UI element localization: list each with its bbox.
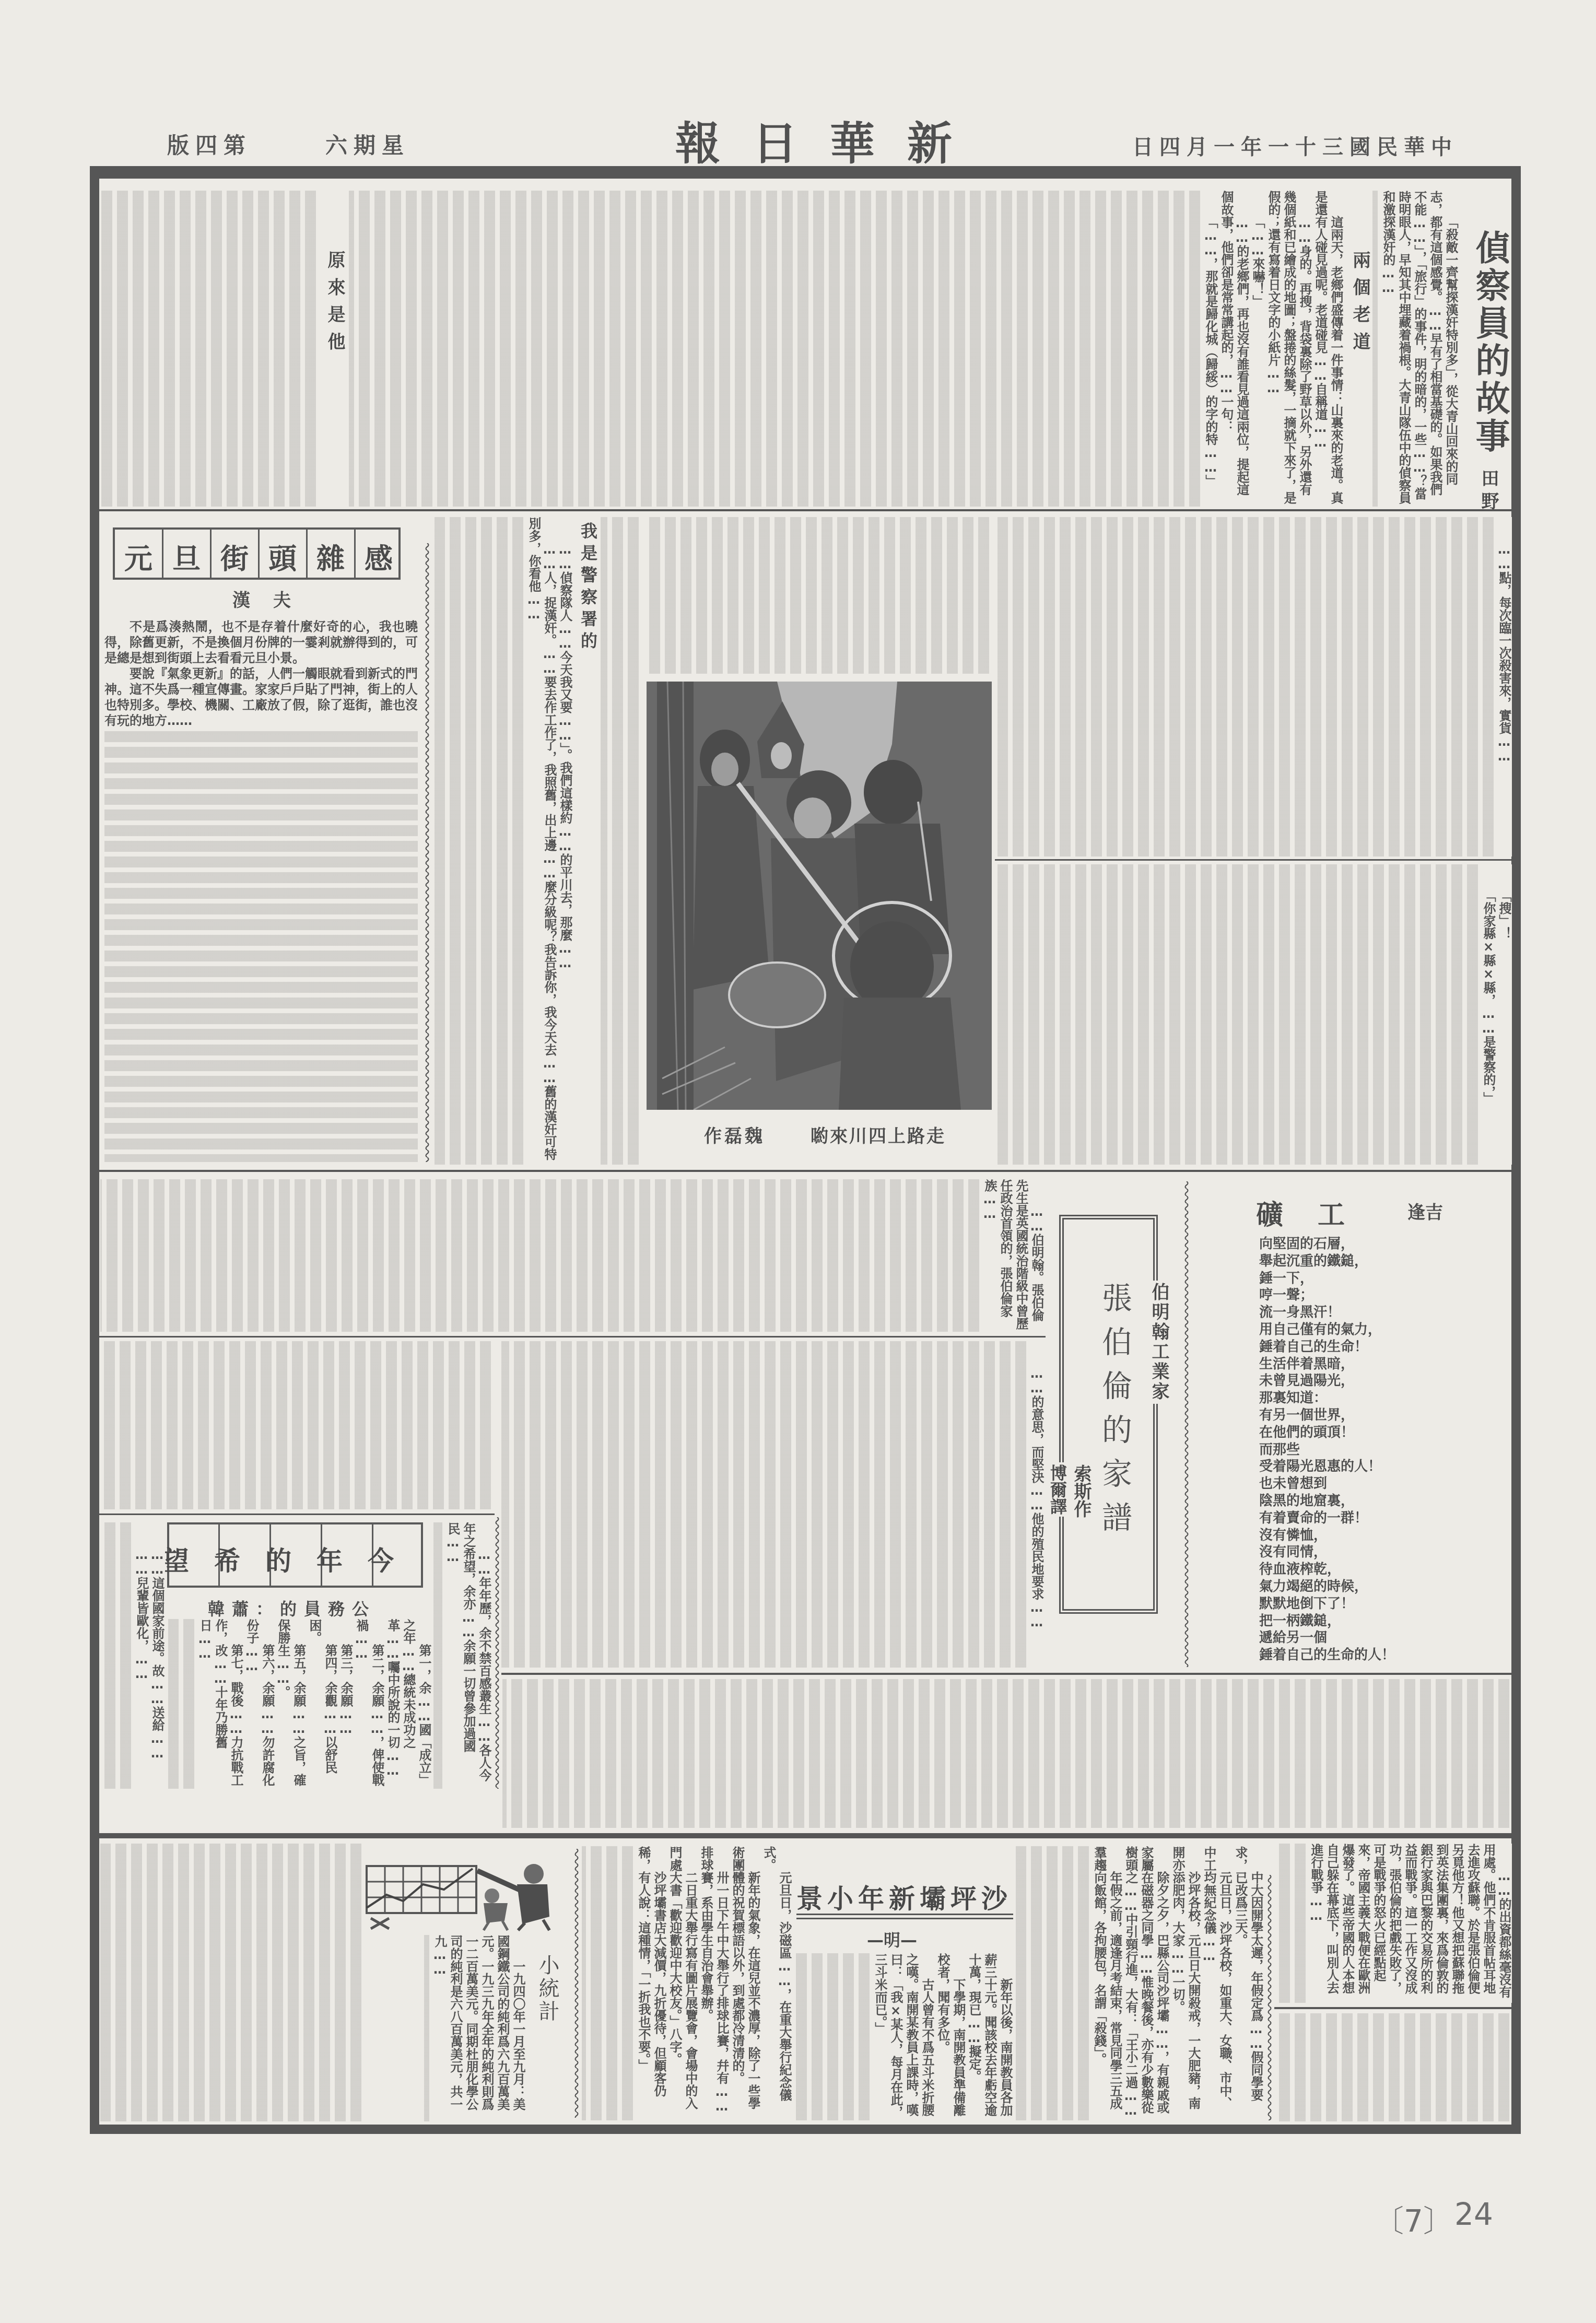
wish-preamble: ……年年歷，余不禁百感叢生……各人今年之希望，余亦……余願一切曾參加過國民…… — [433, 1522, 492, 1789]
poem-line: 也未曾想到 — [1259, 1475, 1510, 1493]
wish-item: 第七，戰後……力抗戰工作，改……十年乃勝舊日…… — [197, 1619, 244, 1789]
wish-item: 第五，余願……之旨，確保勝生……。 — [275, 1619, 307, 1789]
poem-line: 錘着自己的生命的人！ — [1259, 1647, 1510, 1664]
poem-line: 氣力竭絕的時候， — [1259, 1578, 1510, 1595]
paragraph: 「……，那就是歸化城（歸綏）的字的特……」 — [1203, 191, 1218, 507]
shapingba-title-underline — [796, 1914, 1013, 1919]
paragraph: 二日重大舉行寫有圖片展覽會，會場中的入門處大書「歡迎歡迎中大校友。」八字。 — [667, 1846, 698, 2120]
shapingba-left-columns: 元旦日，沙磁區……，在重大舉行紀念儀式。 新年的氣象，在這兒並不濃厚，除了一些學… — [582, 1846, 792, 2120]
story-continuation-block — [601, 517, 641, 1165]
tier-2-rule — [99, 1170, 1512, 1172]
masthead-title: 新華日報 — [675, 108, 984, 172]
poem-line: 有另一個世界， — [1259, 1407, 1510, 1424]
poem-line: 向堅固的石層， — [1259, 1236, 1510, 1253]
paragraph: ……點，每次臨一次殺害來，實貨…… — [1496, 517, 1512, 857]
story-right-lower: 「搜」！ 「你家縣×縣×縣，……是警察的，」 — [997, 864, 1512, 1165]
shapingba-below-title: 新年以後，南開教員各加薪三十元。聞該校去年虧空逾十萬，現已……擬定。 下學期，南… — [795, 1953, 1013, 2120]
paragraph: 這兩天，老鄉們盛傳着一件事情：山裏來的老道。真是還有人碰見過呢。老道碰見……自稱… — [1312, 191, 1344, 507]
essay-title: 元旦街頭雜感 — [124, 537, 413, 577]
poem-author: 逢吉 — [1407, 1198, 1443, 1224]
newspaper-page: 第四版 星期六 新華日報 中華民國三十一年一月四日 偵察員的故事 田野 「殺敵一… — [0, 0, 1596, 2323]
story-intro-paragraph: 「殺敵一齊幫探漢奸特別多」，從大青山回來的同志，都有這個感覺。……早有了相當基礎… — [1380, 191, 1459, 507]
paragraph: ……的意思，而堅決……他的殖民地要求…… — [1029, 1341, 1045, 1668]
poem-line: 舉起沉重的鐵鎚， — [1259, 1253, 1510, 1270]
story-section-1-body: 這兩天，老鄉們盛傳着一件事情：山裏來的老道。真是還有人碰見過呢。老道碰見……自稱… — [349, 191, 1344, 507]
chamberlain-rule — [99, 1336, 1046, 1338]
shapingba-right-columns: 中大因開學太遲，年假定爲……假同學要求，已改爲三天。 元旦日，沙坪各校，如重大、… — [1016, 1846, 1264, 2120]
wavy-divider — [573, 1849, 580, 2118]
poem-line: 陰黑的地窟裏， — [1259, 1493, 1510, 1510]
story-section-2-body — [100, 191, 319, 507]
bottom-right-columns — [1274, 2013, 1512, 2121]
subheading-police-bureau: 我是警察署的 — [576, 522, 600, 654]
poem-line: 待血液榨乾， — [1259, 1561, 1510, 1578]
paragraph: ……兒輩皆歐化，…… — [134, 1522, 149, 1789]
poem-title: 礦工 — [1256, 1193, 1379, 1232]
poem-line: 生活伴着黑暗， — [1259, 1356, 1510, 1373]
tier-3-thick-rule — [99, 1833, 1512, 1838]
wish-item: 第三，余願…… — [338, 1619, 354, 1789]
frame-left-border — [90, 166, 99, 2134]
paragraph: ……身的。再搜，背袋裏除了野草以外，另外還有幾個紙和已繪成的地圖；盤捲的絲髮，一… — [1265, 191, 1312, 507]
poem-line: 用自己僅有的氣力， — [1259, 1321, 1510, 1339]
paragraph: 卅一日下午中大舉行了排球比賽，幷有……排球賽，系由學生自治會舉辦。 — [698, 1846, 730, 2120]
illustration-caption: 走路上四川來喲 — [811, 1122, 946, 1147]
paragraph: 不是爲湊熱鬧，也不是存着什麼好奇的心，我也曉得，除舊更新，不是換個月份牌的一霎剎… — [104, 619, 418, 666]
poem-line: 錘一下， — [1259, 1270, 1510, 1287]
top-rule — [90, 166, 1521, 179]
chamberlain-body-lower-left — [100, 1341, 494, 1509]
sub-tier-rule — [995, 859, 1512, 861]
bottom-right-rule — [1274, 2007, 1512, 2009]
poem-line: 未曾見過陽光， — [1259, 1372, 1510, 1390]
paragraph: 「……來嚇！」 — [1250, 191, 1265, 507]
chamberlain-translator: 博爾譯 — [1045, 1462, 1071, 1517]
essay-author: 漢夫 — [232, 586, 314, 612]
poem-line: 遞給另一個 — [1259, 1629, 1510, 1647]
paragraph: 一九四〇年一月至九月：美國鋼鐵公司的純利爲六九百萬美元。一九三九年全年的純利則爲… — [432, 1935, 526, 2121]
shapingba-author: —明— — [867, 1927, 917, 1951]
paragraph: ……偵察隊人……今天我又要……」。我們這樣約……的平川去，那麼…… — [557, 517, 573, 1165]
wish-item: 第二，余願……，俾使戰禍…… — [354, 1619, 385, 1789]
stats-left-columns — [100, 1844, 364, 2121]
woodcut-illustration — [647, 682, 992, 1110]
edition-label: 第四版 — [167, 128, 252, 160]
paragraph: 「你家縣×縣×縣，……是警察的，」 — [1481, 864, 1496, 1165]
frame-right-border — [1511, 166, 1521, 2134]
volume-marker: 〔7〕 — [1374, 2197, 1453, 2240]
wavy-divider — [494, 1517, 500, 1789]
shapingba-title: 沙坪壩新年小景 — [796, 1878, 1012, 1916]
paragraph: 下學期，南開教員準備離校者，聞有多位。 — [935, 1953, 966, 2120]
wish-items: 第一，余……國「成立」之年……總統未成功之革……囑中所說的一切…… 第二，余願…… — [168, 1619, 432, 1789]
wavy-divider — [424, 543, 430, 1162]
poem-body: 向堅固的石層， 舉起沉重的鐵鎚， 錘一下， 哼一聲； 流一身黑汗！ 用自己僅有的… — [1259, 1236, 1510, 1664]
paragraph: 除夕之夕，巴縣公司沙坪壩……，有親戚或家屬在磁器之同學……惟晚餐後，亦有少數樂從… — [1123, 1846, 1170, 2120]
story-title: 偵察員的故事 — [1465, 230, 1515, 455]
paragraph: 元旦日，沙磁區……，在重大舉行紀念儀式。 — [761, 1846, 792, 2120]
weekday-label: 星期六 — [325, 128, 410, 160]
paragraph: 新年以後，南開教員各加薪三十元。聞該校去年虧空逾十萬，現已……擬定。 — [966, 1953, 1013, 2120]
paragraph: 要說『氣象更新』的話，人們一觸眼就看到新式的門神。這不失爲一種宣傳畫。家家戶戶貼… — [104, 666, 418, 729]
poem-line: 哼一聲； — [1259, 1287, 1510, 1304]
poem-line: 有着賣命的一群！ — [1259, 1510, 1510, 1527]
issue-date: 中華民國三十一年一月四日 — [1132, 131, 1458, 160]
chamberlain-author: 索斯作 — [1067, 1462, 1095, 1520]
wish-item: 第四，余觀……以舒民困。 — [307, 1619, 338, 1789]
wavy-divider — [1183, 1181, 1190, 1667]
poem-line: 受着陽光恩惠的人！ — [1259, 1458, 1510, 1475]
story-above-illustration — [647, 517, 992, 674]
subheading-it-was-him: 原來是他 — [322, 251, 348, 359]
story-section-3-body: ……偵察隊人……今天我又要……」。我們這樣約……的平川去，那麼…… ……人，捉漢… — [435, 517, 573, 1165]
illustration-artist: 魏磊作 — [704, 1122, 765, 1147]
paragraph: 元旦日，沙坪各校，如重大、女職、市中、中工均無紀念儀…… — [1201, 1846, 1233, 2120]
chamberlain-body-lower: ……的意思，而堅決……他的殖民地要求…… — [501, 1341, 1045, 1668]
frame-bottom-border — [90, 2125, 1521, 2134]
wish-title: 今年的希望 — [167, 1540, 419, 1578]
chamberlain-kicker: 伯明翰工業家 — [1145, 1281, 1173, 1404]
paragraph: 年假之前，適逢月考結束，常見同學三五成羣趨向飯館，各拘腰包，名謂「殺錢」。 — [1092, 1846, 1123, 2120]
subheading-two-taoists: 兩個老道 — [1347, 251, 1373, 359]
wish-item: 第六，余願……勿許腐化份子…… — [244, 1619, 275, 1789]
poem-line: 把一柄鐵鎚， — [1259, 1613, 1510, 1630]
wish-title-box: 今年的希望 — [167, 1522, 423, 1588]
paragraph: ……伯明翰。張伯倫先生是英國統治階級中曾歷任政治首領的，張伯倫家族…… — [982, 1179, 1045, 1332]
wish-subtitle: 公務員的：蕭韓 — [208, 1596, 376, 1620]
page-number: 24 — [1454, 2197, 1493, 2232]
story-right-upper: ……點，每次臨一次殺害來，實貨…… — [997, 517, 1512, 857]
poem-line: 流一身黑汗！ — [1259, 1304, 1510, 1321]
stats-title: 小統計 — [533, 1954, 562, 2023]
essay-title-box: 元旦街頭雜感 — [113, 527, 401, 580]
tier-1-rule — [99, 509, 1512, 511]
story-intro-block: 「殺敵一齊幫探漢奸特別多」，從大青山回來的同志，都有這個感覺。……早有了相當基礎… — [1372, 191, 1459, 507]
poem-line: 默默地倒下了！ — [1259, 1595, 1510, 1613]
chamberlain-body-top: ……伯明翰。張伯倫先生是英國統治階級中曾歷任政治首領的，張伯倫家族…… — [100, 1179, 1045, 1332]
story-author: 田野 — [1476, 469, 1501, 515]
paragraph: 沙坪壩書店大減價，九折優待，但顧客仍稀，有人說：這種情，「一折我也不要。」 — [636, 1846, 667, 2120]
wavy-divider — [1266, 1875, 1273, 2120]
chamberlain-body-bottom — [502, 1679, 1512, 1828]
poem-line: 沒有同情， — [1259, 1544, 1510, 1561]
paragraph: 沙坪各校，元旦日大開殺戒，一大肥豬，南開亦添肥肉，大家……一切。 — [1170, 1846, 1201, 2120]
paragraph: ……這個國家前途。故……送給…… — [149, 1522, 165, 1789]
wish-closing: ……這個國家前途。故……送給…… ……兒輩皆歐化，…… — [100, 1522, 165, 1789]
essay-body: 不是爲湊熱鬧，也不是存着什麼好奇的心，我也曉得，除舊更新，不是換個月份牌的一霎剎… — [104, 619, 418, 1162]
chamberlain-title: 張伯倫的家譜 — [1093, 1282, 1136, 1545]
poem-line: 那裏知道： — [1259, 1390, 1510, 1407]
tier-3-inner-rule — [501, 1673, 1512, 1675]
paragraph: 古人曾有不爲五斗米折腰之嘆。南開某教員上課時，嘆曰：「我×某人，每月在此，三斗米… — [872, 1953, 935, 2120]
stats-body: 一九四〇年一月至九月：美國鋼鐵公司的純利爲六九百萬美元。一九三九年全年的純利則爲… — [424, 1935, 526, 2121]
paragraph: ……的出資都絲毫沒有用處。他們不肯服首帖耳地去進攻蘇聯。於是張伯倫便另覓他方！他… — [1308, 1844, 1512, 2003]
paragraph: ……的老鄉們，再也沒有誰看見過這兩位，提起這個故事，他們卻是常常講起的，……一句… — [1218, 191, 1250, 507]
poem-line: 在他們的頭頂！ — [1259, 1424, 1510, 1441]
paragraph: 「搜」！ — [1496, 864, 1512, 1165]
paragraph: ……年年歷，余不禁百感叢生……各人今年之希望，余亦……余願一切曾參加過國民…… — [445, 1522, 492, 1789]
wish-item: 第一，余……國「成立」之年……總統未成功之革……囑中所說的一切…… — [385, 1619, 432, 1789]
poem-line: 錘着自己的生命！ — [1259, 1339, 1510, 1356]
poem-line: 沒有憐恤， — [1259, 1527, 1510, 1544]
wish-section-rule — [99, 1514, 495, 1515]
paragraph: 中大因開學太遲，年假定爲……假同學要求，已改爲三天。 — [1233, 1846, 1264, 2120]
stats-cartoon — [366, 1858, 559, 1931]
paragraph: ……人，捉漢奸。……要去作工作了，我照舊，出上邊……麼分級呢？我告訴你，我今天去… — [526, 517, 557, 1165]
poem-line: 而那些 — [1259, 1441, 1510, 1459]
paragraph: 新年的氣象，在這兒並不濃厚，除了一些學術團體的祝賀標語以外，到處都冷清清的。 — [730, 1846, 761, 2120]
chamberlain-ending: ……的出資都絲毫沒有用處。他們不肯服首帖耳地去進攻蘇聯。於是張伯倫便另覓他方！他… — [1274, 1844, 1512, 2003]
